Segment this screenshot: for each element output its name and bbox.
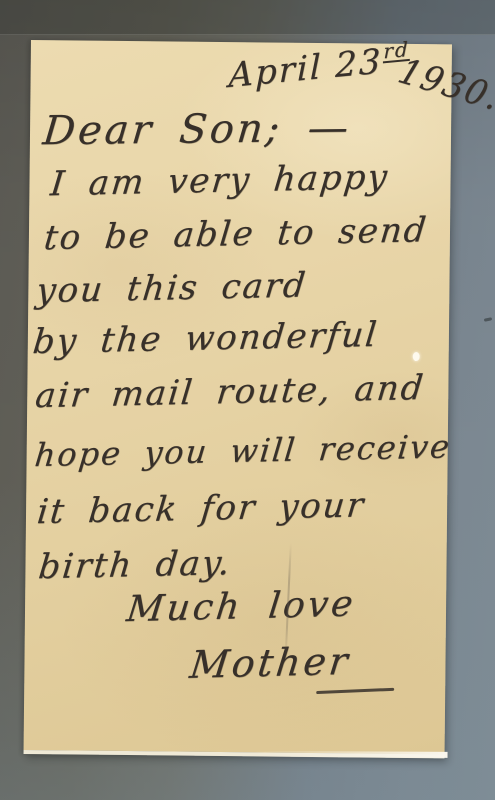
date-year: 1930. <box>393 51 495 119</box>
signature: Mother <box>188 639 353 687</box>
body-line: it back for your <box>35 485 367 532</box>
signature-flourish <box>316 688 394 694</box>
paper-fleck <box>413 352 420 361</box>
salutation: Dear Son; — <box>41 105 353 154</box>
date-line: April 23rd1930. <box>228 29 495 96</box>
photo-background: April 23rd1930. Dear Son; — I am very ha… <box>0 0 495 800</box>
background-speck <box>484 317 492 322</box>
body-line: hope you will receive <box>33 427 453 474</box>
body-line: I am very happy <box>49 157 391 204</box>
body-line: by the wonderful <box>31 315 380 362</box>
body-line: you this card <box>35 265 309 311</box>
closing: Much love <box>124 583 357 630</box>
background-top-band <box>0 0 495 35</box>
body-line: to be able to send <box>42 210 430 258</box>
body-line: birth day. <box>37 543 234 587</box>
postcard: April 23rd1930. Dear Son; — I am very ha… <box>24 40 452 758</box>
body-line: air mail route, and <box>33 368 426 416</box>
date-month-day: April 23 <box>228 41 382 96</box>
